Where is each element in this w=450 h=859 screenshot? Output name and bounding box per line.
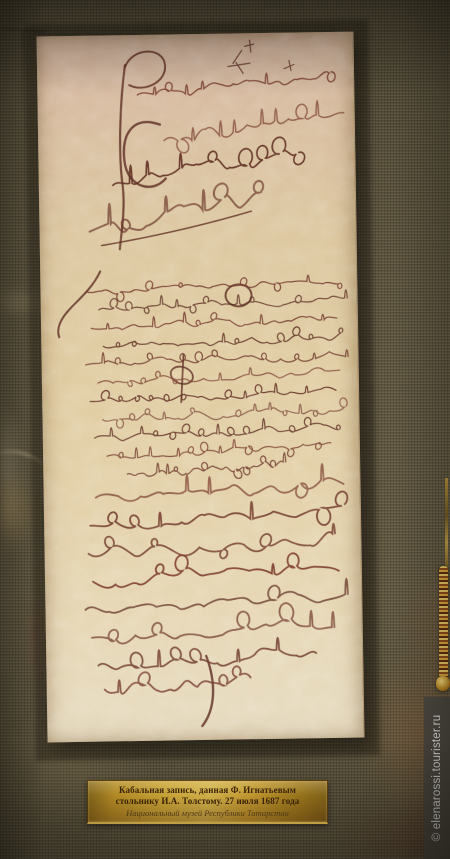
manuscript-handwriting [36,32,363,743]
watermark-text: © elenarossi.tourister.ru [424,697,450,859]
gold-frame-edge [445,478,448,570]
manuscript-document [36,32,364,743]
plaque-museum-line: Национальный музей Республики Татарстан [126,808,289,819]
plaque-title-line2: стольнику И.А. Толстому. 27 июля 1687 го… [116,796,300,808]
gold-ornament-knob [436,676,450,691]
exhibit-label-plaque: Кабальная запись, данная Ф. Игнатьевым с… [87,780,328,824]
gold-bead-ornament [439,566,448,684]
plaque-title-line1: Кабальная запись, данная Ф. Игнатьевым [119,785,296,797]
museum-exhibit-photo: Кабальная запись, данная Ф. Игнатьевым с… [0,0,450,859]
